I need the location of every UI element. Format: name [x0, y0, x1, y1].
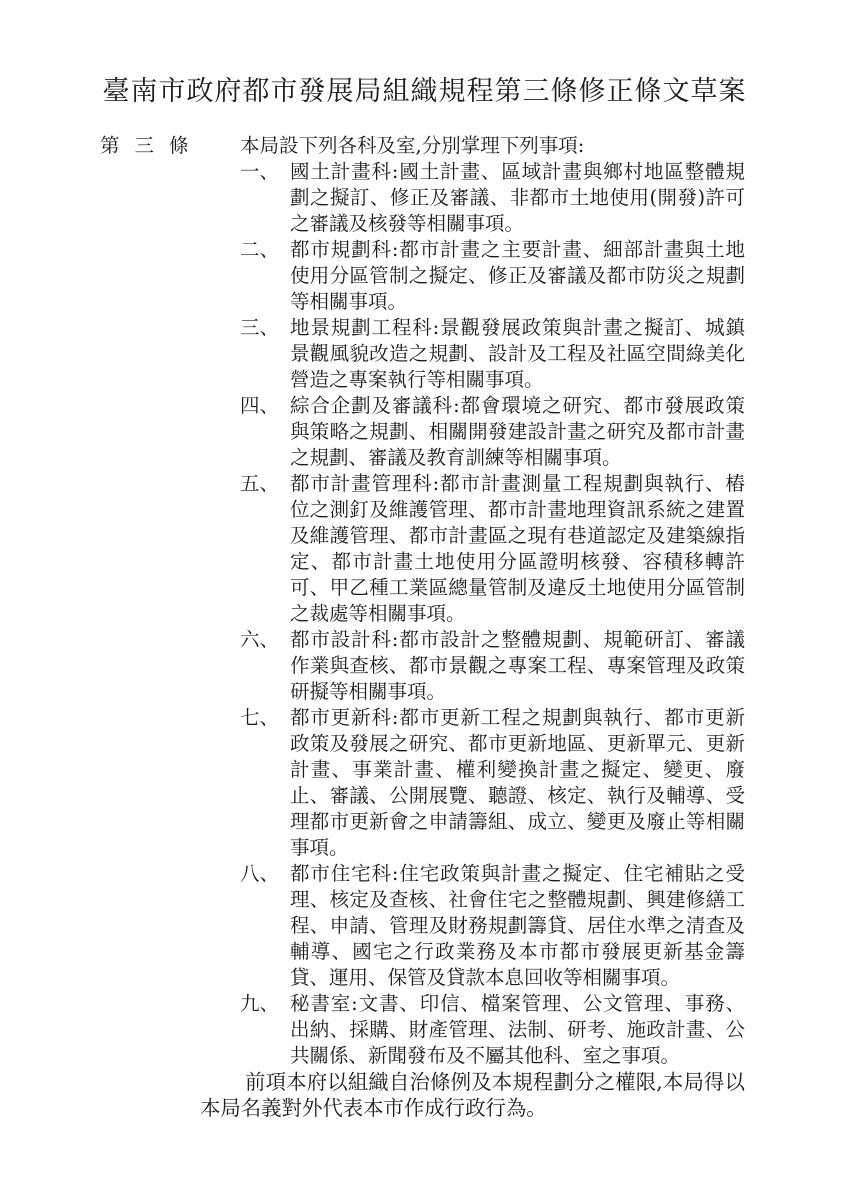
item-text: 都市規劃科:都市計畫之主要計畫、細部計畫與土地使用分區管制之擬定、修正及審議及都… — [290, 237, 745, 315]
article-item: 七、 都市更新科:都市更新工程之規劃與執行、都市更新政策及發展之研究、都市更新地… — [240, 705, 745, 861]
item-text: 都市住宅科:住宅政策與計畫之擬定、住宅補貼之受理、核定及查核、社會住宅之整體規劃… — [290, 861, 745, 991]
item-text: 都市更新科:都市更新工程之規劃與執行、都市更新政策及發展之研究、都市更新地區、更… — [290, 705, 745, 861]
article-items: 一、 國土計畫科:國土計畫、區域計畫與鄉村地區整體規劃之擬訂、修正及審議、非都市… — [240, 159, 745, 1069]
document-title: 臺南市政府都市發展局組織規程第三條修正條文草案 — [0, 74, 849, 110]
item-marker: 一、 — [240, 159, 290, 237]
item-text: 秘書室:文書、印信、檔案管理、公文管理、事務、出納、採購、財產管理、法制、研考、… — [290, 991, 745, 1069]
item-marker: 七、 — [240, 705, 290, 861]
item-text: 都市計畫管理科:都市計畫測量工程規劃與執行、樁位之測釘及維護管理、都市計畫地理資… — [290, 471, 745, 627]
article-item: 三、 地景規劃工程科:景觀發展政策與計畫之擬訂、城鎮景觀風貌改造之規劃、設計及工… — [240, 315, 745, 393]
item-text: 國土計畫科:國土計畫、區域計畫與鄉村地區整體規劃之擬訂、修正及審議、非都市土地使… — [290, 159, 745, 237]
item-marker: 二、 — [240, 237, 290, 315]
article-item: 五、 都市計畫管理科:都市計畫測量工程規劃與執行、樁位之測釘及維護管理、都市計畫… — [240, 471, 745, 627]
article-3: 第三條 本局設下列各科及室,分別掌理下列事項: 一、 國土計畫科:國土計畫、區域… — [100, 133, 745, 1069]
item-marker: 六、 — [240, 627, 290, 705]
article-item: 九、 秘書室:文書、印信、檔案管理、公文管理、事務、出納、採購、財產管理、法制、… — [240, 991, 745, 1069]
article-number-label: 第三條 — [100, 133, 204, 159]
document-page: 臺南市政府都市發展局組織規程第三條修正條文草案 第三條 本局設下列各科及室,分別… — [0, 0, 849, 1200]
item-marker: 四、 — [240, 393, 290, 471]
item-text: 地景規劃工程科:景觀發展政策與計畫之擬訂、城鎮景觀風貌改造之規劃、設計及工程及社… — [290, 315, 745, 393]
item-marker: 三、 — [240, 315, 290, 393]
item-text: 都市設計科:都市設計之整體規劃、規範研訂、審議作業與查核、都市景觀之專案工程、專… — [290, 627, 745, 705]
item-marker: 九、 — [240, 991, 290, 1069]
article-body: 本局設下列各科及室,分別掌理下列事項: 一、 國土計畫科:國土計畫、區域計畫與鄉… — [240, 133, 745, 1069]
article-item: 二、 都市規劃科:都市計畫之主要計畫、細部計畫與土地使用分區管制之擬定、修正及審… — [240, 237, 745, 315]
article-item: 一、 國土計畫科:國土計畫、區域計畫與鄉村地區整體規劃之擬訂、修正及審議、非都市… — [240, 159, 745, 237]
item-text: 綜合企劃及審議科:都會環境之研究、都市發展政策與策略之規劃、相關開發建設計畫之研… — [290, 393, 745, 471]
article-item: 六、 都市設計科:都市設計之整體規劃、規範研訂、審議作業與查核、都市景觀之專案工… — [240, 627, 745, 705]
item-marker: 五、 — [240, 471, 290, 627]
article-closing-paragraph: 前項本府以組織自治條例及本規程劃分之權限,本局得以本局名義對外代表本市作成行政行… — [200, 1069, 745, 1121]
article-item: 四、 綜合企劃及審議科:都會環境之研究、都市發展政策與策略之規劃、相關開發建設計… — [240, 393, 745, 471]
item-marker: 八、 — [240, 861, 290, 991]
article-intro: 本局設下列各科及室,分別掌理下列事項: — [240, 133, 745, 159]
article-item: 八、 都市住宅科:住宅政策與計畫之擬定、住宅補貼之受理、核定及查核、社會住宅之整… — [240, 861, 745, 991]
